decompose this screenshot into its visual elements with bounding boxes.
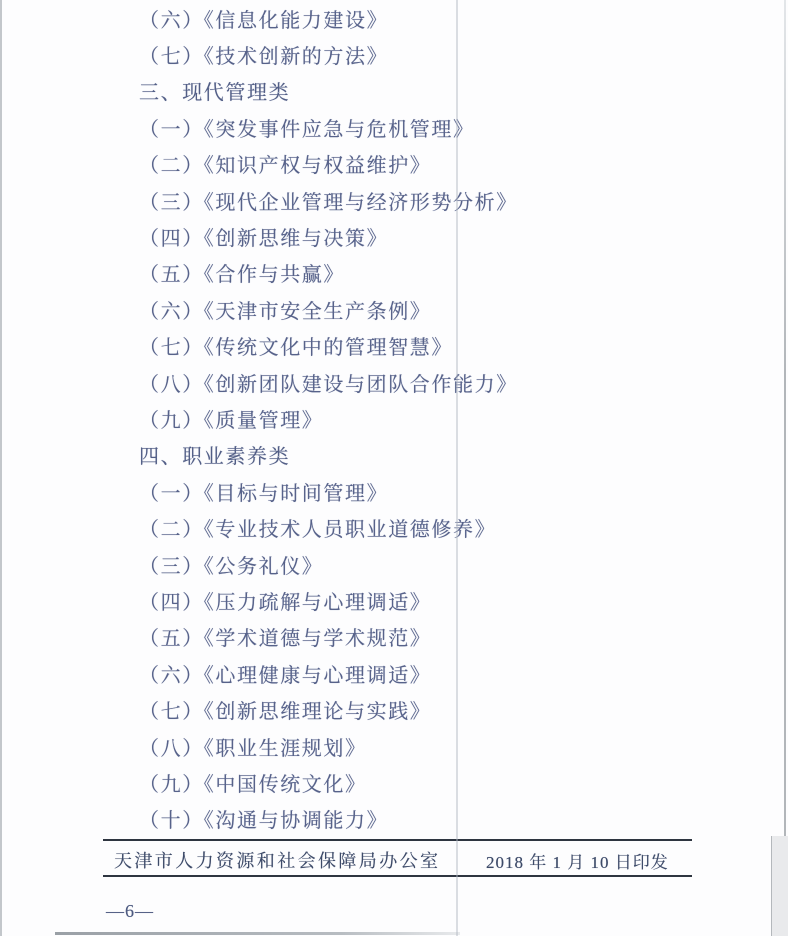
colophon-print-date: 2018 年 1 月 10 日印发 bbox=[486, 848, 669, 873]
course-list-item: （七）《技术创新的方法》 bbox=[0, 36, 788, 72]
course-list-item: （一）《突发事件应急与危机管理》 bbox=[0, 109, 788, 145]
course-list-item: （十）《沟通与协调能力》 bbox=[0, 801, 788, 837]
course-list-item: （二）《知识产权与权益维护》 bbox=[0, 146, 788, 182]
course-list-item: （九）《中国传统文化》 bbox=[0, 764, 788, 800]
course-list-item: （七）《传统文化中的管理智慧》 bbox=[0, 328, 788, 364]
colophon-bottom-rule bbox=[103, 875, 692, 877]
course-list-item: （七）《创新思维理论与实践》 bbox=[0, 691, 788, 727]
course-list-item: （六）《心理健康与心理调适》 bbox=[0, 655, 788, 691]
colophon-top-rule bbox=[103, 839, 692, 841]
page-number: —6— bbox=[106, 901, 154, 922]
course-list-item: （五）《合作与共赢》 bbox=[0, 255, 788, 291]
course-list-item: （六）《天津市安全生产条例》 bbox=[0, 291, 788, 327]
course-list-item: （二）《专业技术人员职业道德修养》 bbox=[0, 509, 788, 545]
course-list-item: （一）《目标与时间管理》 bbox=[0, 473, 788, 509]
colophon-issuer: 天津市人力资源和社会保障局办公室 bbox=[114, 847, 440, 873]
course-list-item: （三）《公务礼仪》 bbox=[0, 546, 788, 582]
scan-bottom-right-corner bbox=[771, 836, 788, 936]
course-list-item: （六）《信息化能力建设》 bbox=[0, 0, 788, 36]
course-list-item: （八）《职业生涯规划》 bbox=[0, 728, 788, 764]
course-list: （六）《信息化能力建设》 （七）《技术创新的方法》 三、现代管理类 （一）《突发… bbox=[0, 0, 788, 837]
course-list-item: （五）《学术道德与学术规范》 bbox=[0, 619, 788, 655]
scanned-document-page: （六）《信息化能力建设》 （七）《技术创新的方法》 三、现代管理类 （一）《突发… bbox=[0, 0, 788, 936]
scan-bottom-edge bbox=[55, 932, 460, 935]
course-list-item: （九）《质量管理》 bbox=[0, 400, 788, 436]
course-list-item: （三）《现代企业管理与经济形势分析》 bbox=[0, 182, 788, 218]
course-list-item: （四）《创新思维与决策》 bbox=[0, 218, 788, 254]
section-heading-modern-management: 三、现代管理类 bbox=[0, 73, 788, 109]
section-heading-professional-quality: 四、职业素养类 bbox=[0, 437, 788, 473]
course-list-item: （四）《压力疏解与心理调适》 bbox=[0, 582, 788, 618]
course-list-item: （八）《创新团队建设与团队合作能力》 bbox=[0, 364, 788, 400]
